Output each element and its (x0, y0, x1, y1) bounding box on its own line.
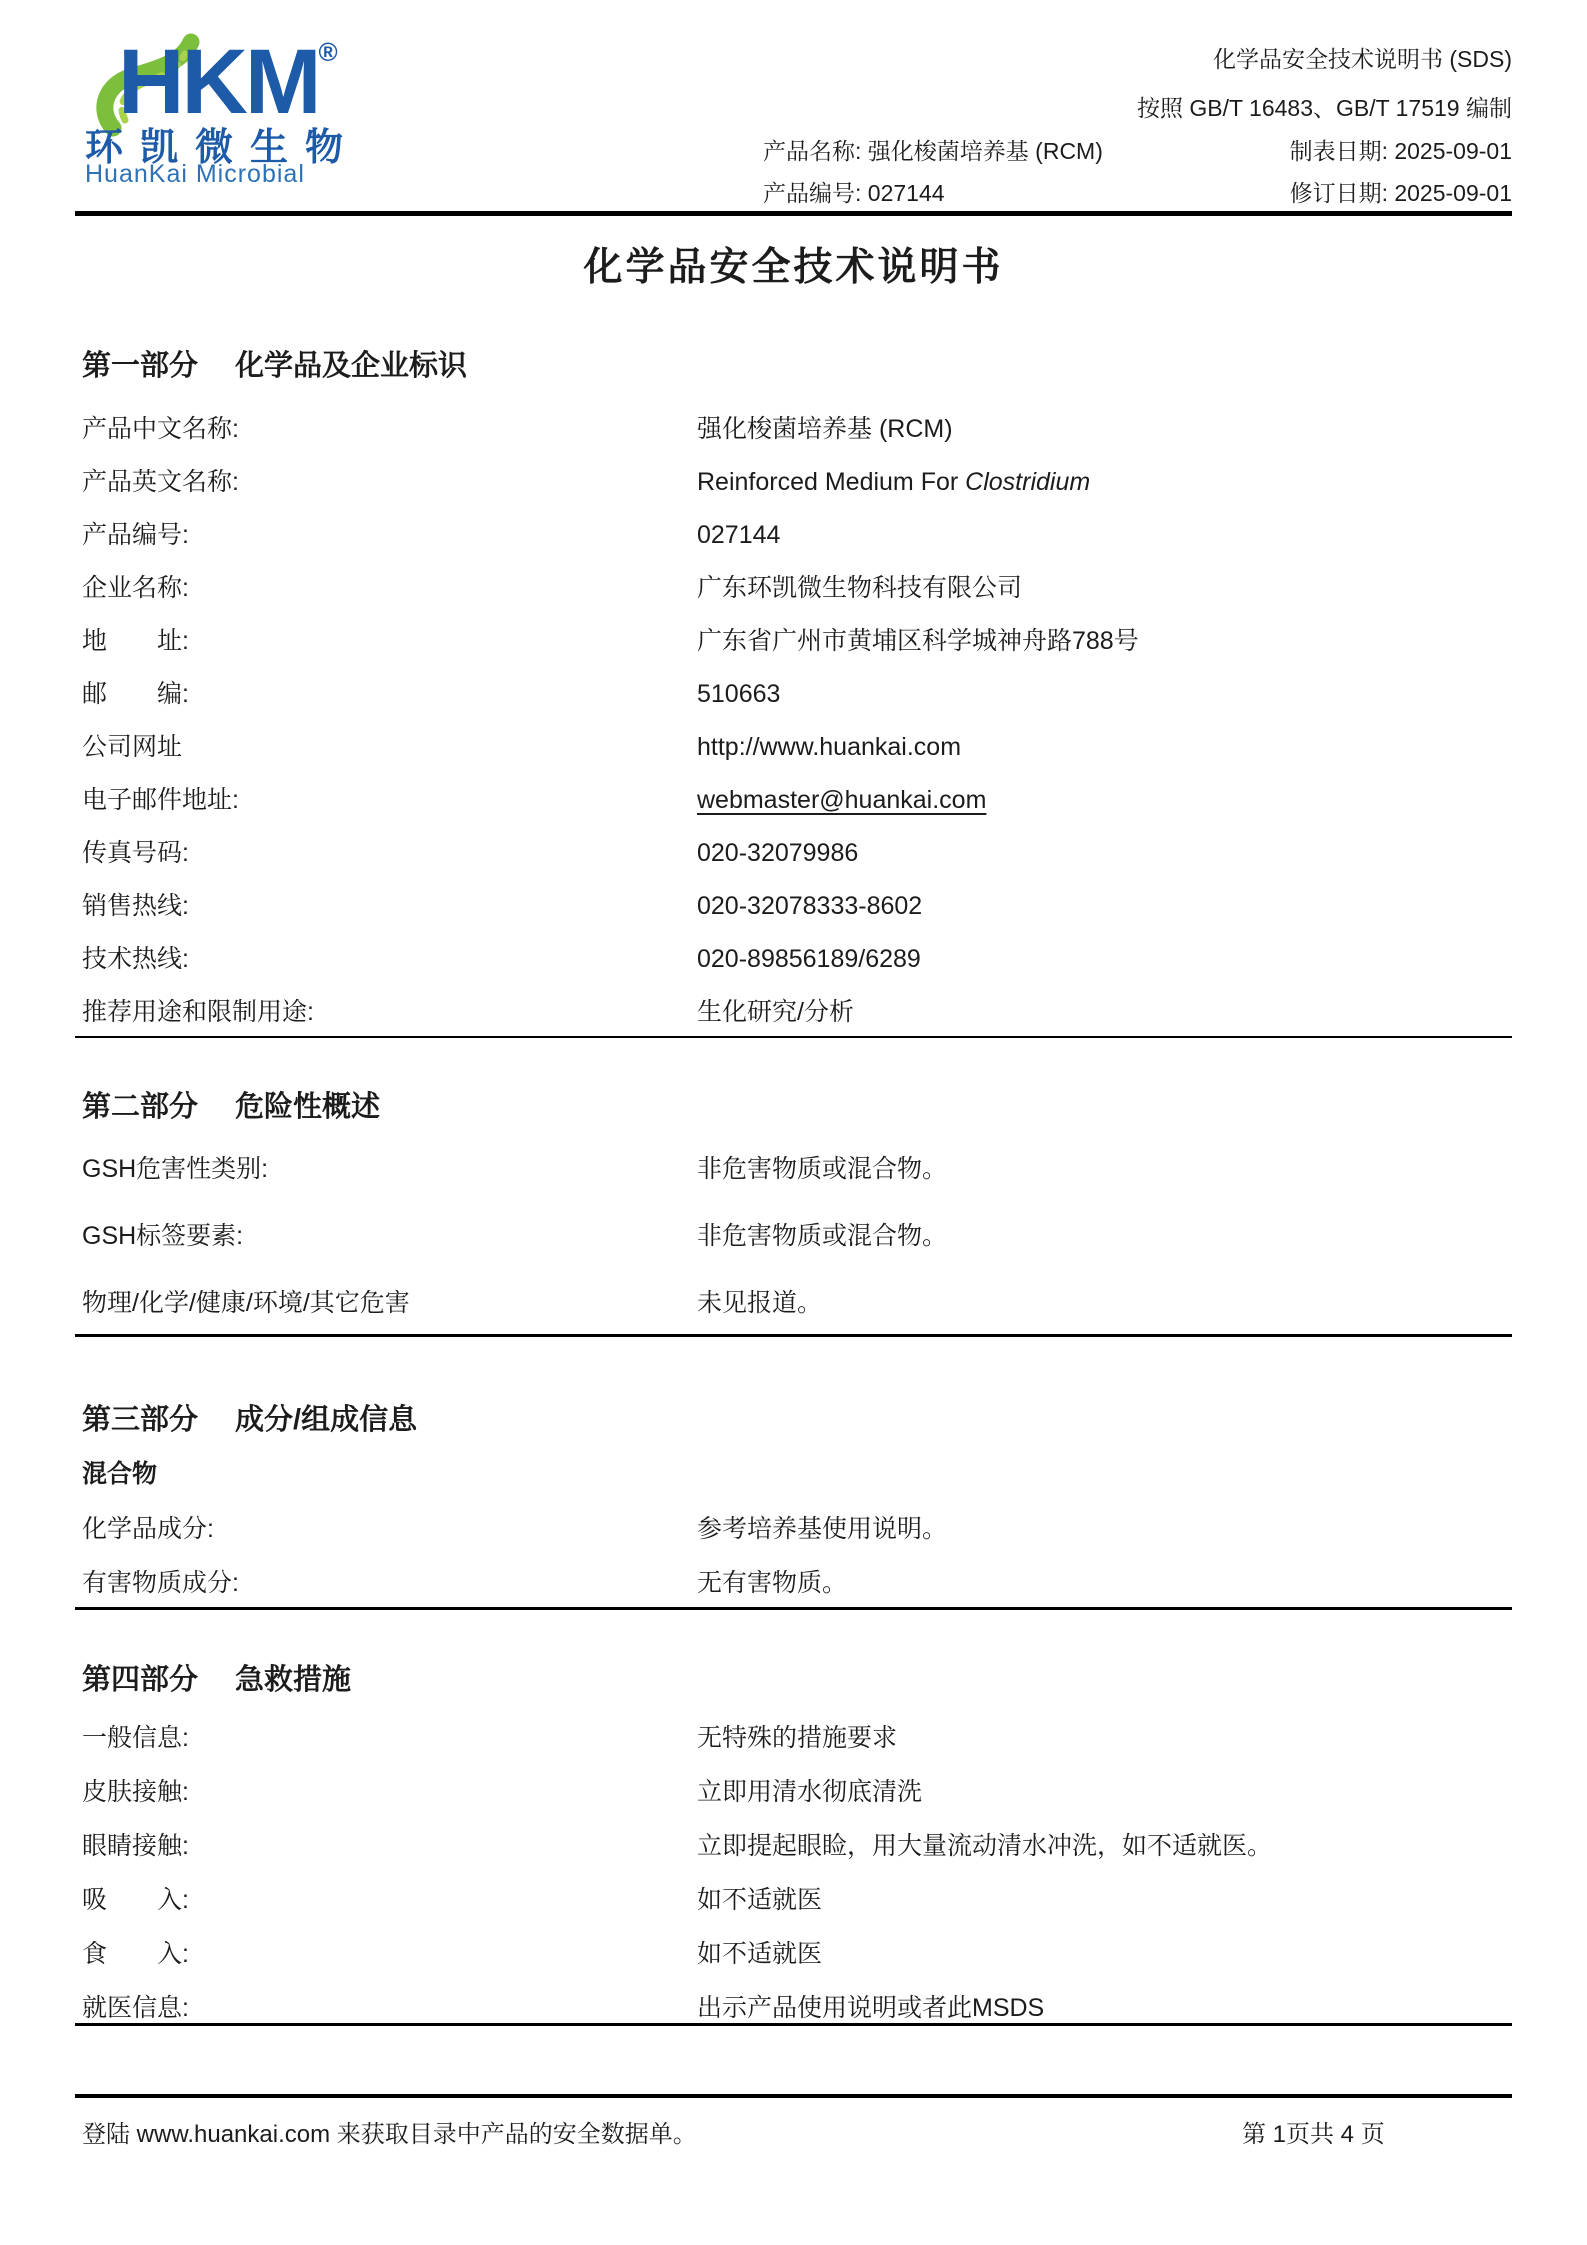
field-value: 如不适就医 (697, 1886, 822, 1915)
field-row: 传真号码:020-32079986 (82, 839, 1522, 892)
field-label: 吸 入: (82, 1886, 189, 1915)
field-row: 电子邮件地址:webmaster@huankai.com (82, 786, 1522, 839)
field-value: Reinforced Medium For Clostridium (697, 468, 1090, 497)
field-row: 销售热线:020-32078333-8602 (82, 892, 1522, 945)
field-label: 企业名称: (82, 574, 189, 603)
field-label: GSH标签要素: (82, 1222, 243, 1251)
field-label: 技术热线: (82, 945, 189, 974)
section2-rows: GSH危害性类别:非危害物质或混合物。GSH标签要素:非危害物质或混合物。物理/… (82, 1155, 1522, 1356)
section4-divider (75, 2023, 1512, 2026)
field-label: 产品英文名称: (82, 468, 239, 497)
header-standard: 按照 GB/T 16483、GB/T 17519 编制 (1137, 97, 1512, 120)
field-label: 地 址: (82, 627, 189, 656)
field-label: GSH危害性类别: (82, 1155, 268, 1184)
field-row: 食 入:如不适就医 (82, 1940, 1522, 1994)
section3-subheading: 混合物 (82, 1462, 157, 1487)
field-label: 电子邮件地址: (82, 786, 239, 815)
field-value: 020-32079986 (697, 839, 858, 868)
field-value: 020-89856189/6289 (697, 945, 921, 974)
field-label: 产品中文名称: (82, 415, 239, 444)
field-label: 传真号码: (82, 839, 189, 868)
sds-document-page: HKM® 环凯微生物 HuanKai Microbial 化学品安全技术说明书 … (0, 0, 1587, 2245)
field-row: 有害物质成分:无有害物质。 (82, 1569, 1522, 1623)
field-value: http://www.huankai.com (697, 733, 961, 762)
header-divider (75, 211, 1512, 216)
field-value: 如不适就医 (697, 1940, 822, 1969)
field-row: 推荐用途和限制用途:生化研究/分析 (82, 998, 1522, 1051)
field-label: 销售热线: (82, 892, 189, 921)
header-doc-type: 化学品安全技术说明书 (SDS) (1213, 48, 1512, 71)
section2-divider (75, 1334, 1512, 1337)
field-value: 立即用清水彻底清洗 (697, 1778, 922, 1807)
field-label: 化学品成分: (82, 1515, 214, 1544)
field-value: 非危害物质或混合物。 (697, 1155, 947, 1184)
logo-english-name: HuanKai Microbial (85, 160, 305, 189)
field-value: 立即提起眼睑，用大量流动清水冲洗，如不适就医。 (697, 1832, 1272, 1861)
field-row: 企业名称:广东环凯微生物科技有限公司 (82, 574, 1522, 627)
email-link[interactable]: webmaster@huankai.com (697, 786, 986, 815)
field-value: 510663 (697, 680, 780, 709)
field-label: 就医信息: (82, 1994, 189, 2023)
section1-rows: 产品中文名称:强化梭菌培养基 (RCM)产品英文名称:Reinforced Me… (82, 415, 1522, 1051)
field-row: GSH危害性类别:非危害物质或混合物。 (82, 1155, 1522, 1222)
field-label: 邮 编: (82, 680, 189, 709)
footer-page-number: 第 1页共 4 页 (1242, 2114, 1385, 2149)
field-row: 皮肤接触:立即用清水彻底清洗 (82, 1778, 1522, 1832)
field-value: 广东环凯微生物科技有限公司 (697, 574, 1022, 603)
field-row: 地 址:广东省广州市黄埔区科学城神舟路788号 (82, 627, 1522, 680)
field-value: 出示产品使用说明或者此MSDS (697, 1994, 1044, 2023)
field-value: 非危害物质或混合物。 (697, 1222, 947, 1251)
field-label: 食 入: (82, 1940, 189, 1969)
field-label: 公司网址 (82, 733, 182, 762)
field-label: 一般信息: (82, 1724, 189, 1753)
field-label: 产品编号: (82, 521, 189, 550)
field-label: 眼睛接触: (82, 1832, 189, 1861)
field-row: 眼睛接触:立即提起眼睑，用大量流动清水冲洗，如不适就医。 (82, 1832, 1522, 1886)
field-row: 吸 入:如不适就医 (82, 1886, 1522, 1940)
section4-rows: 一般信息:无特殊的措施要求皮肤接触:立即用清水彻底清洗眼睛接触:立即提起眼睑，用… (82, 1724, 1522, 2048)
document-title: 化学品安全技术说明书 (0, 236, 1587, 292)
header-product-name: 产品名称: 强化梭菌培养基 (RCM) (763, 140, 1103, 163)
field-value: 生化研究/分析 (697, 998, 854, 1027)
field-label: 有害物质成分: (82, 1569, 239, 1598)
header-revise-date: 修订日期: 2025-09-01 (1290, 182, 1512, 205)
field-value: 027144 (697, 521, 780, 550)
section3-divider (75, 1607, 1512, 1610)
field-row: 产品中文名称:强化梭菌培养基 (RCM) (82, 415, 1522, 468)
field-value: 强化梭菌培养基 (RCM) (697, 415, 953, 444)
field-row: 公司网址http://www.huankai.com (82, 733, 1522, 786)
field-value-italic: Clostridium (965, 468, 1090, 496)
field-row: 化学品成分:参考培养基使用说明。 (82, 1515, 1522, 1569)
section3-heading: 第三部分 成分/组成信息 (82, 1406, 417, 1435)
footer-note: 登陆 www.huankai.com 来获取目录中产品的安全数据单。 (82, 2114, 697, 2149)
field-row: GSH标签要素:非危害物质或混合物。 (82, 1222, 1522, 1289)
field-row: 就医信息:出示产品使用说明或者此MSDS (82, 1994, 1522, 2048)
footer-divider (75, 2094, 1512, 2098)
section1-divider (75, 1036, 1512, 1038)
field-value: 无特殊的措施要求 (697, 1724, 897, 1753)
field-value: 参考培养基使用说明。 (697, 1515, 947, 1544)
field-row: 产品英文名称:Reinforced Medium For Clostridium (82, 468, 1522, 521)
field-row: 一般信息:无特殊的措施要求 (82, 1724, 1522, 1778)
logo-brand-text: HKM® (118, 36, 338, 128)
field-row: 产品编号:027144 (82, 521, 1522, 574)
field-row: 邮 编:510663 (82, 680, 1522, 733)
field-value: 无有害物质。 (697, 1569, 847, 1598)
field-label: 皮肤接触: (82, 1778, 189, 1807)
field-label: 物理/化学/健康/环境/其它危害 (82, 1289, 410, 1318)
field-value: 广东省广州市黄埔区科学城神舟路788号 (697, 627, 1139, 656)
header-product-code: 产品编号: 027144 (763, 182, 945, 205)
field-label: 推荐用途和限制用途: (82, 998, 314, 1027)
section2-heading: 第二部分 危险性概述 (82, 1093, 380, 1122)
registered-mark: ® (319, 37, 338, 67)
field-value: 未见报道。 (697, 1289, 822, 1318)
section4-heading: 第四部分 急救措施 (82, 1666, 351, 1695)
field-row: 物理/化学/健康/环境/其它危害未见报道。 (82, 1289, 1522, 1356)
field-row: 技术热线:020-89856189/6289 (82, 945, 1522, 998)
section1-heading: 第一部分 化学品及企业标识 (82, 352, 467, 381)
header-made-date: 制表日期: 2025-09-01 (1290, 140, 1512, 163)
field-value: 020-32078333-8602 (697, 892, 922, 921)
